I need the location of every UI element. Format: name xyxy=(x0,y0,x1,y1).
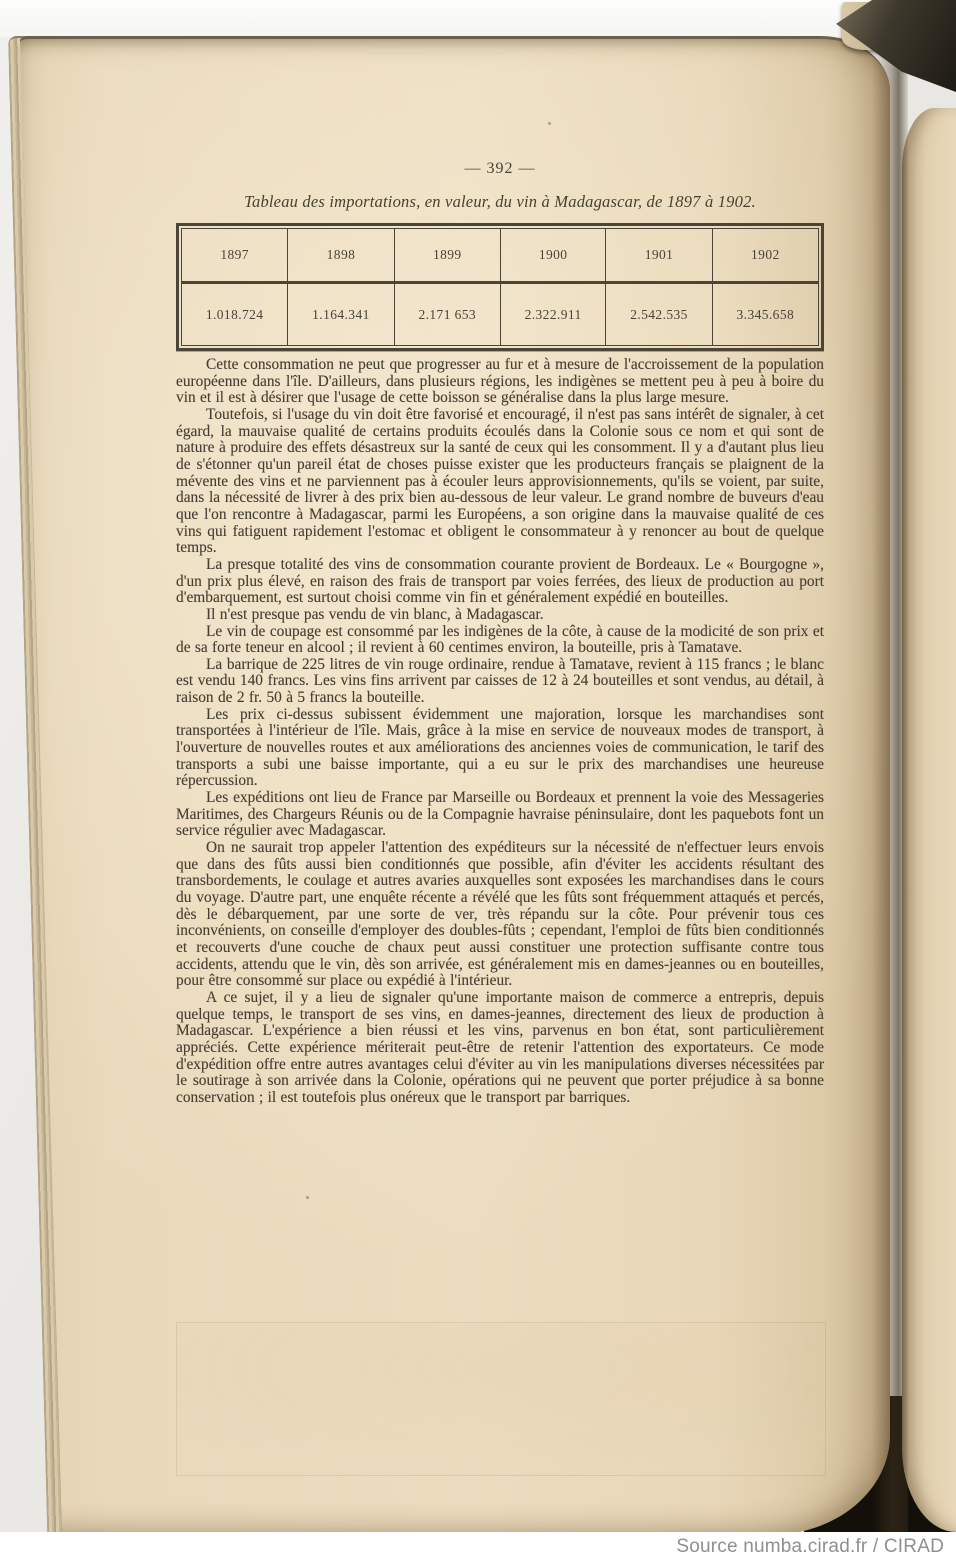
printed-content: — 392 — Tableau des importations, en val… xyxy=(176,160,824,1107)
value-cell: 3.345.658 xyxy=(712,283,818,346)
table-row-years: 1897 1898 1899 1900 1901 1902 xyxy=(182,229,819,283)
imports-table-frame: 1897 1898 1899 1900 1901 1902 1.018.724 … xyxy=(176,223,824,351)
paragraph: On ne saurait trop appeler l'attention d… xyxy=(176,840,824,990)
scan-photo: — 392 — Tableau des importations, en val… xyxy=(0,0,956,1532)
imports-table: 1897 1898 1899 1900 1901 1902 1.018.724 … xyxy=(181,228,819,346)
scan-top-margin xyxy=(0,0,922,37)
paragraph: Cette consommation ne peut que progresse… xyxy=(176,357,824,407)
table-title: Tableau des importations, en valeur, du … xyxy=(176,192,824,212)
paragraph: Il n'est presque pas vendu de vin blanc,… xyxy=(176,607,824,624)
year-cell: 1899 xyxy=(394,229,500,283)
value-cell: 1.164.341 xyxy=(288,283,394,346)
value-cell: 2.171 653 xyxy=(394,283,500,346)
paragraph: Les prix ci-dessus subissent évidemment … xyxy=(176,707,824,790)
book-page-verso-sliver xyxy=(902,108,956,1532)
paragraph: Les expéditions ont lieu de France par M… xyxy=(176,790,824,840)
value-cell: 2.542.535 xyxy=(606,283,712,346)
source-attribution: Source numba.cirad.fr / CIRAD xyxy=(676,1536,944,1558)
year-cell: 1901 xyxy=(606,229,712,283)
paragraph: A ce sujet, il y a lieu de signaler qu'u… xyxy=(176,990,824,1107)
scanned-book-page: — 392 — Tableau des importations, en val… xyxy=(0,0,956,1566)
value-cell: 2.322.911 xyxy=(500,283,605,346)
body-text: Cette consommation ne peut que progresse… xyxy=(176,357,824,1107)
page-number: — 392 — xyxy=(176,160,824,178)
value-cell: 1.018.724 xyxy=(182,283,288,346)
table-row-values: 1.018.724 1.164.341 2.171 653 2.322.911 … xyxy=(182,283,819,346)
paragraph: La presque totalité des vins de consomma… xyxy=(176,557,824,607)
year-cell: 1900 xyxy=(500,229,605,283)
verso-bleedthrough xyxy=(176,1322,826,1476)
year-cell: 1897 xyxy=(182,229,288,283)
source-bar: Source numba.cirad.fr / CIRAD xyxy=(0,1532,956,1566)
year-cell: 1898 xyxy=(288,229,394,283)
dust-speck xyxy=(548,122,551,125)
paragraph: Toutefois, si l'usage du vin doit être f… xyxy=(176,407,824,557)
paragraph: Le vin de coupage est consommé par les i… xyxy=(176,624,824,657)
year-cell: 1902 xyxy=(712,229,818,283)
dust-speck xyxy=(306,1196,309,1199)
paragraph: La barrique de 225 litres de vin rouge o… xyxy=(176,657,824,707)
book-gutter-shadow xyxy=(872,30,908,1532)
